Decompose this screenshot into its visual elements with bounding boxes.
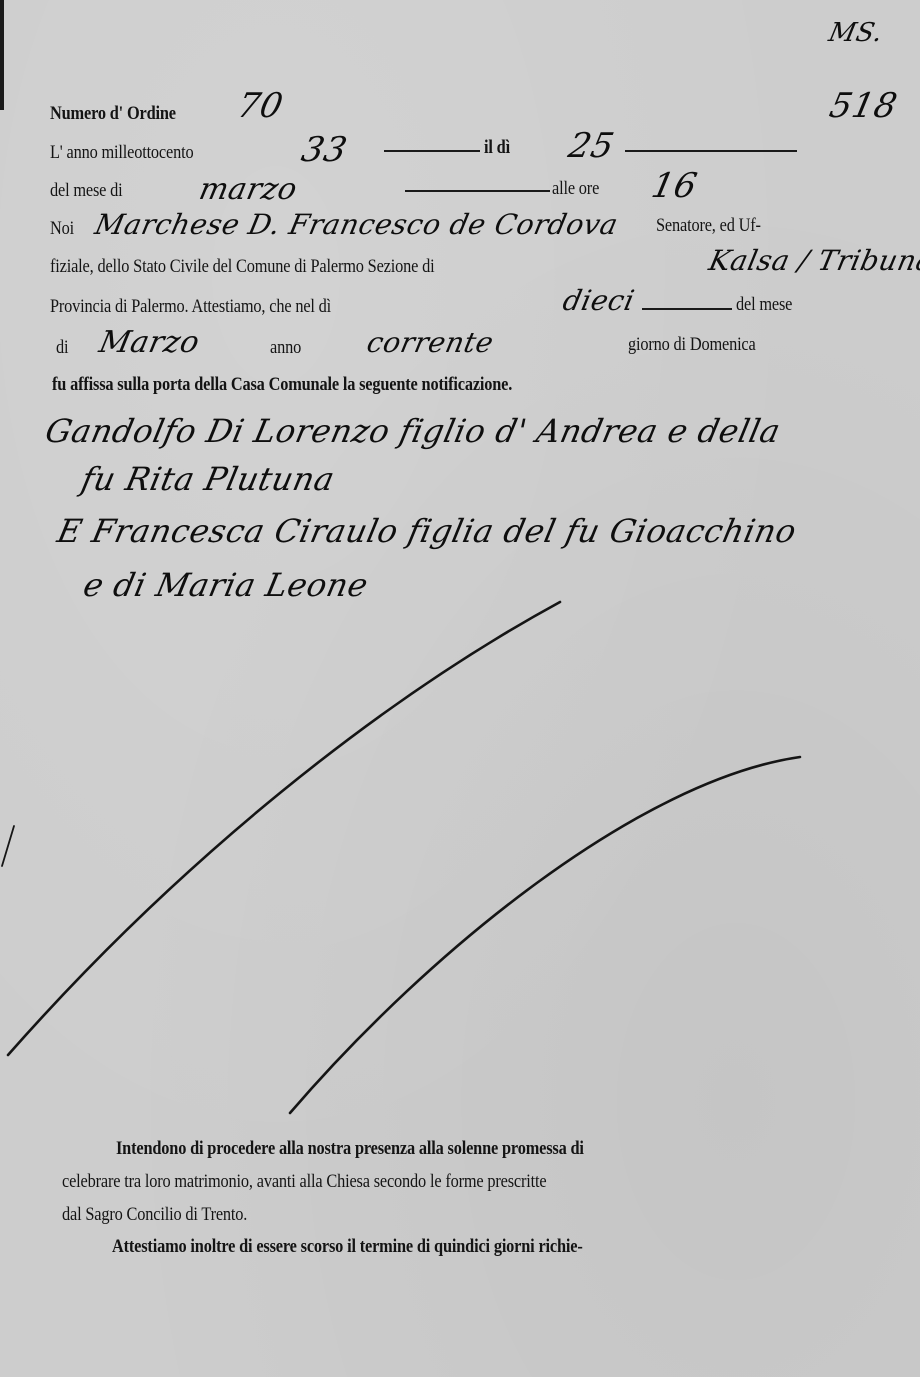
di-label: di <box>56 337 68 359</box>
footer-para2-line1: Attestiamo inoltre di essere scorso il t… <box>112 1236 583 1258</box>
attestiamo-line: Provincia di Palermo. Attestiamo, che ne… <box>50 296 331 318</box>
notification-line-3: E Francesca Ciraulo figlia del fu Gioacc… <box>54 512 800 550</box>
footer-para1-line2: celebrare tra loro matrimonio, avanti al… <box>62 1171 546 1193</box>
fill-line <box>642 308 732 310</box>
anno-word: anno <box>270 337 301 359</box>
giorno-value: 25 <box>565 126 618 166</box>
folio-number: 518 <box>826 86 901 126</box>
del-mese-label: del mese <box>736 294 792 316</box>
mese-value: marzo <box>196 172 300 207</box>
document-page: MS. 518 Numero d' Ordine 70 L' anno mill… <box>0 0 920 1377</box>
noi-label: Noi <box>50 218 74 240</box>
affissione-mese: Marzo <box>96 325 203 360</box>
ore-label: alle ore <box>552 178 599 200</box>
footer-para1-line1: Intendono di procedere alla nostra prese… <box>116 1138 584 1160</box>
ore-value: 16 <box>648 166 701 206</box>
officer-name: Marchese D. Francesco de Cordova <box>92 208 621 241</box>
fill-line <box>405 190 550 192</box>
anno-value: 33 <box>298 130 351 170</box>
notification-line-4: e di Maria Leone <box>80 566 372 604</box>
fill-line <box>625 150 797 152</box>
affissa-line: fu affissa sulla porta della Casa Comuna… <box>52 374 512 396</box>
page-edge-shadow <box>0 0 4 110</box>
fill-line <box>384 150 480 152</box>
footer-para1-line3: dal Sagro Concilio di Trento. <box>62 1204 247 1226</box>
numero-value: 70 <box>234 86 287 126</box>
sezione-value: Kalsa / Tribunali <box>706 244 920 277</box>
stato-civile-line: fiziale, dello Stato Civile del Comune d… <box>50 256 434 278</box>
margin-initials: MS. <box>826 18 886 48</box>
anno-label: L' anno milleottocento <box>50 142 193 164</box>
giorno-label: il dì <box>484 137 510 159</box>
giorno-domenica: giorno di Domenica <box>628 334 756 356</box>
officer-title: Senatore, ed Uf- <box>656 215 761 237</box>
mese-label: del mese di <box>50 180 123 202</box>
notification-line-1: Gandolfo Di Lorenzo figlio d' Andrea e d… <box>42 412 784 450</box>
affissione-anno: corrente <box>364 326 497 359</box>
numero-label: Numero d' Ordine <box>50 103 176 125</box>
affissione-giorno: dieci <box>560 284 638 317</box>
notification-line-2: fu Rita Plutuna <box>78 460 338 498</box>
